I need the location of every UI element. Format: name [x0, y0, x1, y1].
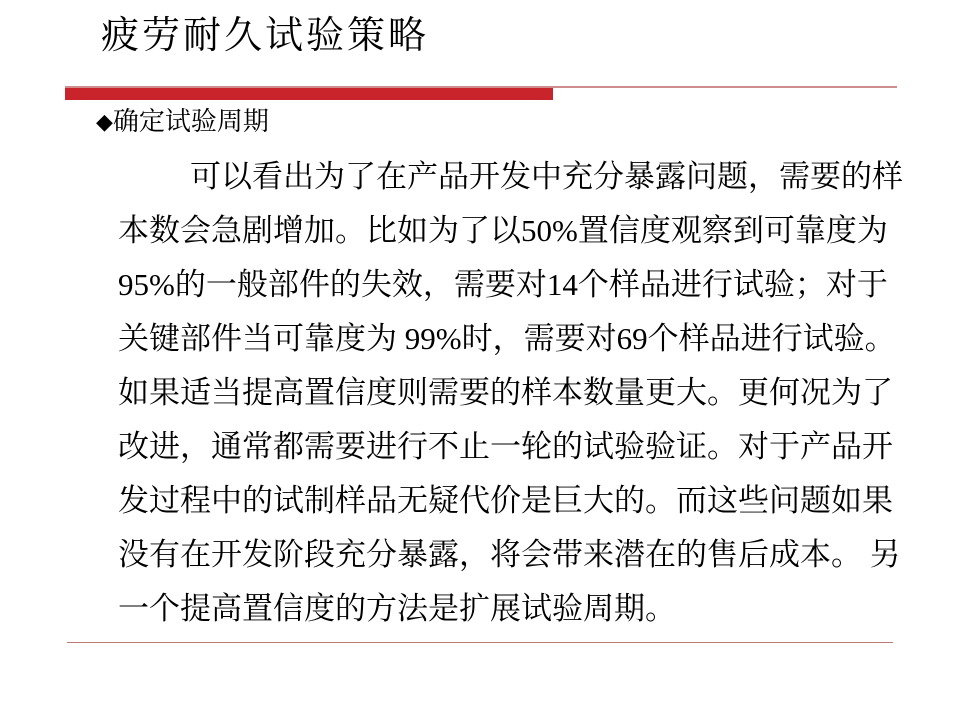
paragraph-line: 一个提高置信度的方法是扩展试验周期。	[118, 582, 858, 636]
slide-canvas: 疲劳耐久试验策略 ◆确定试验周期 可以看出为了在产品开发中充分暴露问题，需要的样…	[0, 0, 956, 717]
bullet-item: ◆确定试验周期	[96, 104, 269, 141]
paragraph-line: 发过程中的试制样品无疑代价是巨大的。而这些问题如果	[118, 474, 858, 528]
title-underline-accent-bar	[65, 88, 553, 100]
paragraph-block: 可以看出为了在产品开发中充分暴露问题，需要的样 本数会急剧增加。比如为了以50%…	[118, 150, 858, 636]
paragraph-line: 改进，通常都需要进行不止一轮的试验验证。对于产品开	[118, 420, 858, 474]
slide-title: 疲劳耐久试验策略	[101, 14, 429, 60]
footer-rule	[67, 642, 893, 643]
paragraph-line: 没有在开发阶段充分暴露，将会带来潜在的售后成本。 另	[118, 528, 858, 582]
paragraph-line: 95%的一般部件的失效，需要对14个样品进行试验；对于	[118, 258, 858, 312]
paragraph-line: 本数会急剧增加。比如为了以50%置信度观察到可靠度为	[118, 204, 858, 258]
paragraph-line: 关键部件当可靠度为 99%时，需要对69个样品进行试验。	[118, 312, 858, 366]
paragraph-line: 可以看出为了在产品开发中充分暴露问题，需要的样	[118, 150, 858, 204]
diamond-bullet-icon: ◆	[96, 110, 113, 135]
paragraph-line: 如果适当提高置信度则需要的样本数量更大。更何况为了	[118, 366, 858, 420]
bullet-label: 确定试验周期	[113, 107, 269, 136]
